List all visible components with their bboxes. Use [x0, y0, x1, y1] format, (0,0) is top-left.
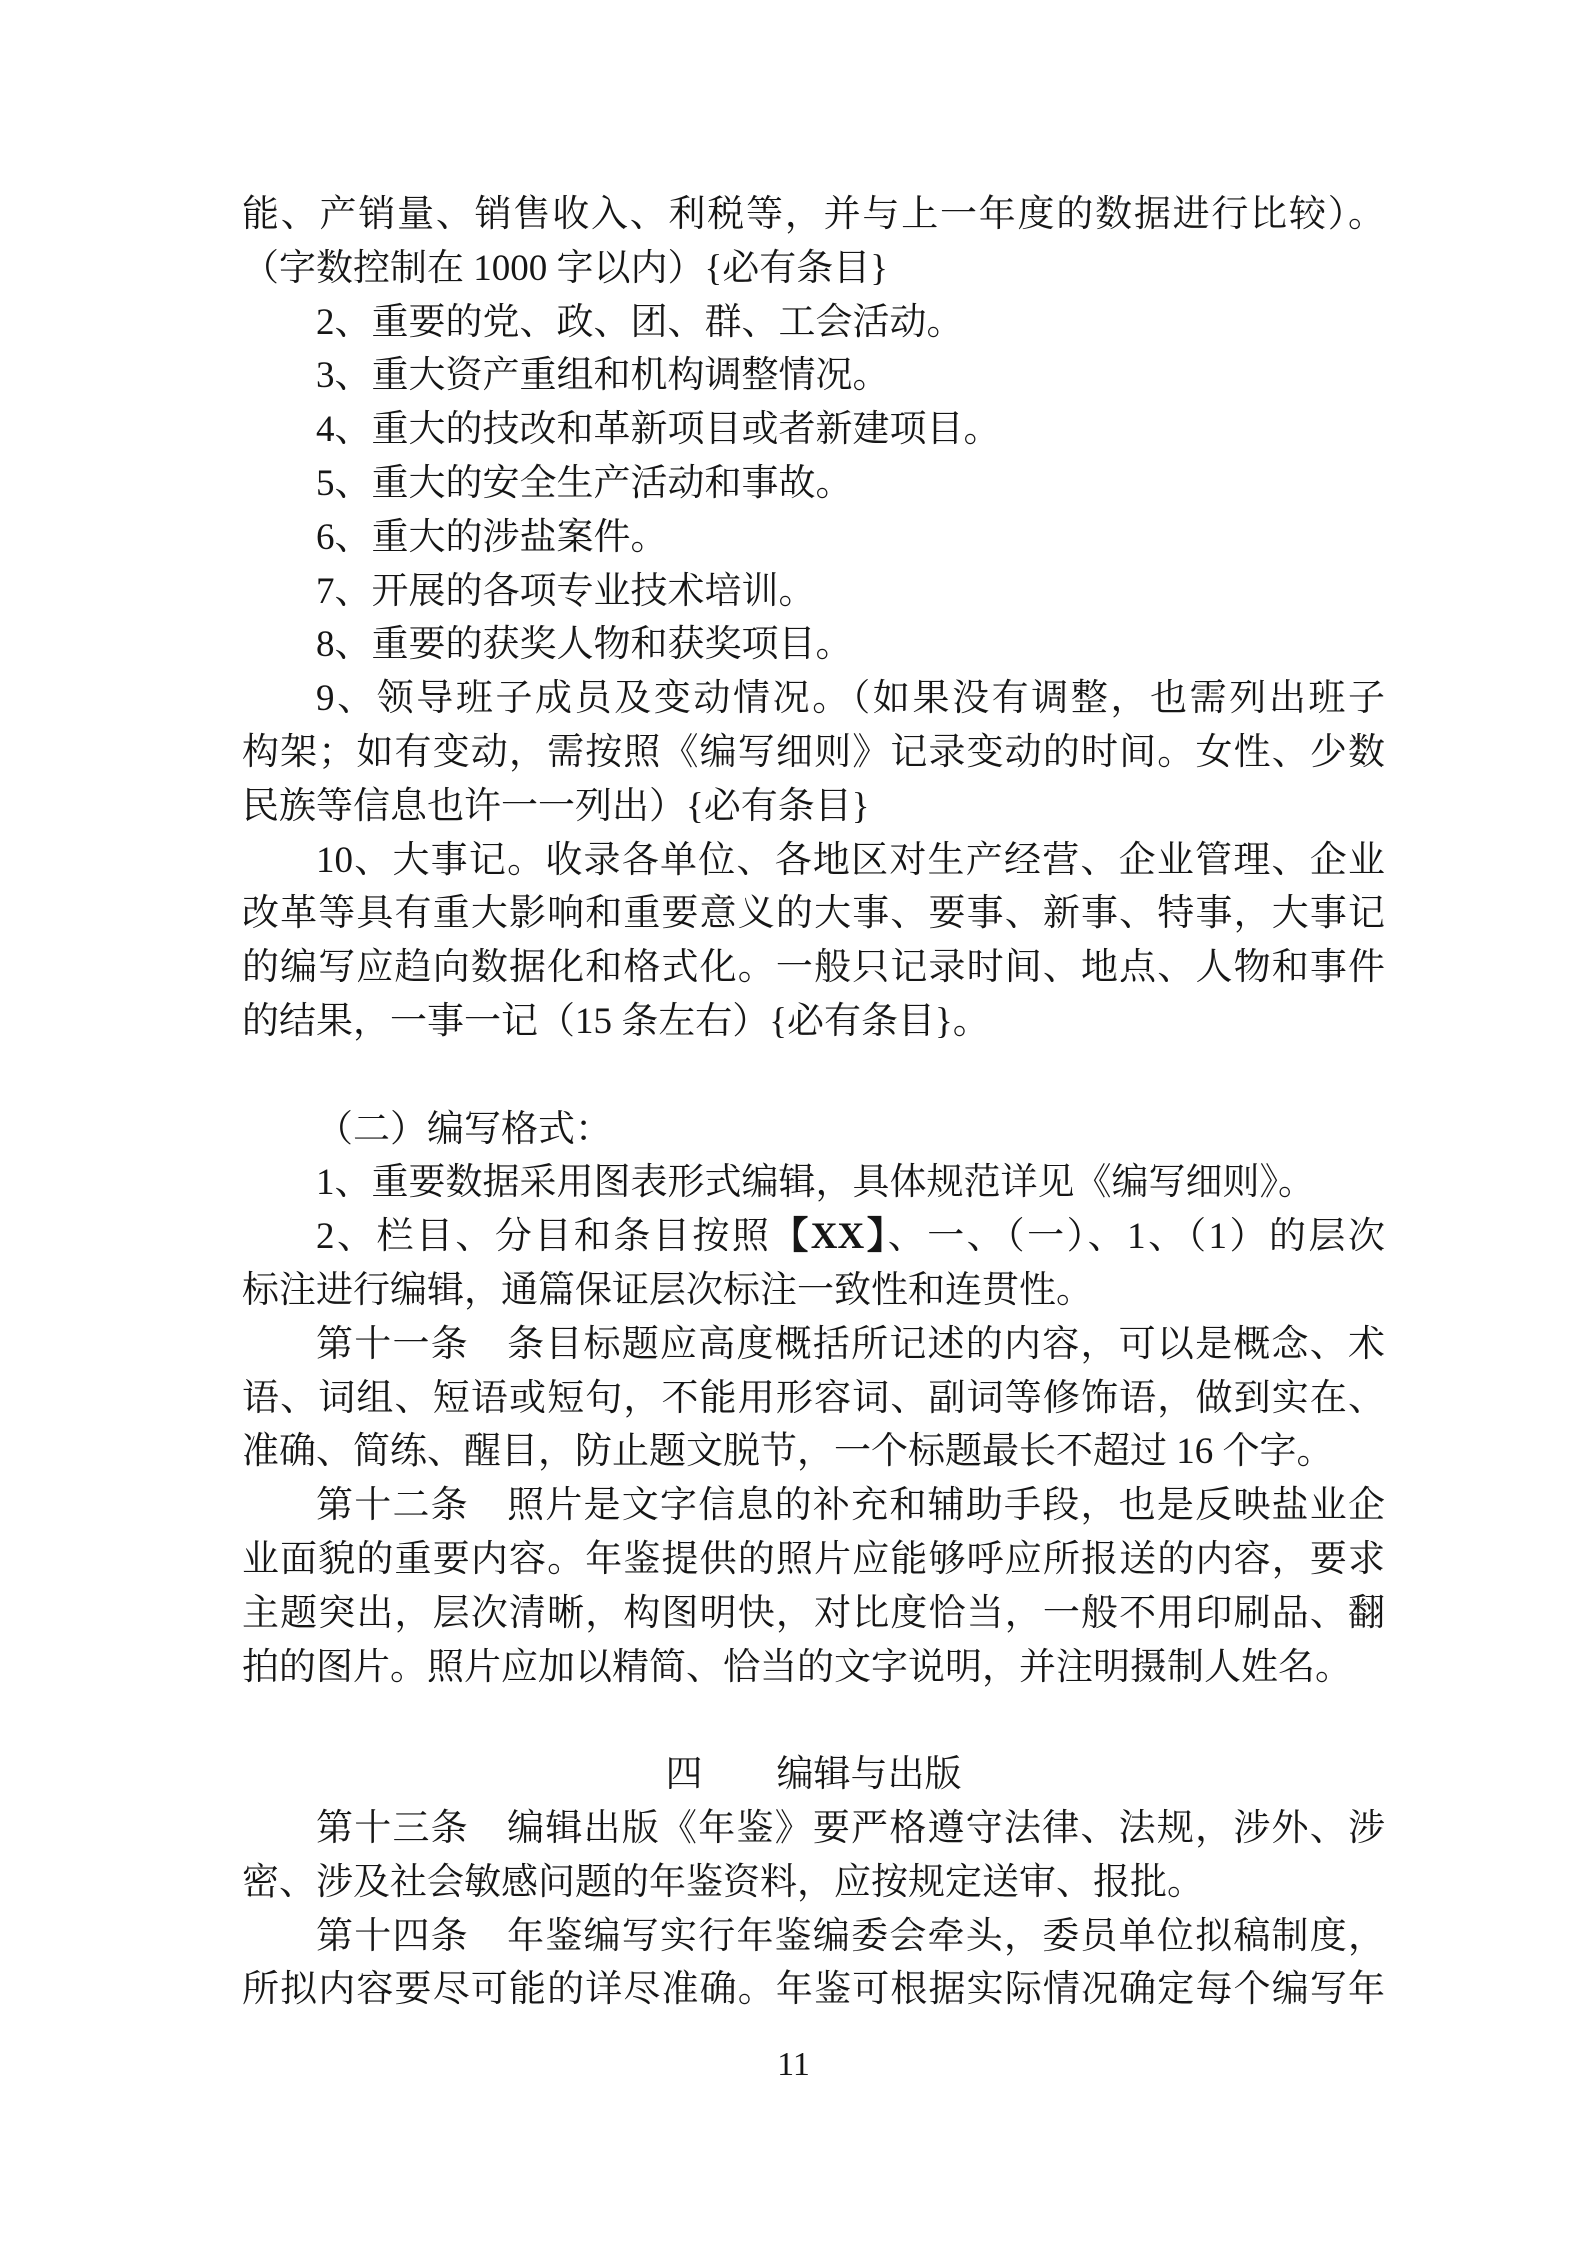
text-line: 6、重大的涉盐案件。 [242, 511, 1385, 565]
text-segment: 第十四条 年鉴编写实行年鉴编委会牵头，委员单位拟稿制度， [316, 1916, 1385, 1957]
text-segment: 语、词组、短语或短句，不能用形容词、副词等修饰语，做到实在、 [242, 1378, 1385, 1419]
text-line: 拍的图片。照片应加以精简、恰当的文字说明，并注明摄制人姓名。 [242, 1641, 1385, 1695]
text-line: 准确、简练、醒目，防止题文脱节，一个标题最长不超过 16 个字。 [242, 1425, 1385, 1479]
text-line: 1、重要数据采用图表形式编辑，具体规范详见《编写细则》。 [242, 1156, 1385, 1210]
text-segment: 的结果，一事一记（15 条左右）{必有条目}。 [242, 1001, 990, 1042]
text-segment: 8、重要的获奖人物和获奖项目。 [316, 624, 853, 665]
text-line: 5、重大的安全生产活动和事故。 [242, 457, 1385, 511]
text-line: 7、开展的各项专业技术培训。 [242, 565, 1385, 619]
text-line: （二）编写格式： [242, 1103, 1385, 1157]
page-number: 11 [0, 2040, 1587, 2090]
text-line: 密、涉及社会敏感问题的年鉴资料，应按规定送审、报批。 [242, 1856, 1385, 1910]
text-line: 第十四条 年鉴编写实行年鉴编委会牵头，委员单位拟稿制度， [242, 1910, 1385, 1964]
text-line: 第十二条 照片是文字信息的补充和辅助手段，也是反映盐业企 [242, 1479, 1385, 1533]
text-line: 第十一条 条目标题应高度概括所记述的内容，可以是概念、术 [242, 1318, 1385, 1372]
text-line: 能、产销量、销售收入、利税等，并与上一年度的数据进行比较）。 [242, 188, 1385, 242]
text-segment: 7、开展的各项专业技术培训。 [316, 571, 816, 612]
text-line: 4、重大的技改和革新项目或者新建项目。 [242, 403, 1385, 457]
text-segment: 主题突出，层次清晰，构图明快，对比度恰当，一般不用印刷品、翻 [242, 1593, 1385, 1634]
text-segment: 、一、（一）、1、（1）的层次 [888, 1216, 1385, 1257]
text-line: 标注进行编辑，通篇保证层次标注一致性和连贯性。 [242, 1264, 1385, 1318]
text-line: 3、重大资产重组和机构调整情况。 [242, 349, 1385, 403]
text-segment: 的编写应趋向数据化和格式化。一般只记录时间、地点、人物和事件 [242, 947, 1385, 988]
text-segment: 准确、简练、醒目，防止题文脱节，一个标题最长不超过 16 个字。 [242, 1431, 1334, 1472]
document-page: 能、产销量、销售收入、利税等，并与上一年度的数据进行比较）。（字数控制在 100… [0, 0, 1587, 2245]
text-segment: 10、大事记。收录各单位、各地区对生产经营、企业管理、企业 [316, 840, 1385, 881]
text-segment: 5、重大的安全生产活动和事故。 [316, 463, 853, 504]
text-segment: 1、重要数据采用图表形式编辑，具体规范详见《编写细则》。 [316, 1162, 1315, 1203]
text-segment: 所拟内容要尽可能的详尽准确。年鉴可根据实际情况确定每个编写年 [242, 1969, 1385, 2010]
text-line: 2、重要的党、政、团、群、工会活动。 [242, 296, 1385, 350]
text-line: 构架；如有变动，需按照《编写细则》记录变动的时间。女性、少数 [242, 726, 1385, 780]
text-line: 所拟内容要尽可能的详尽准确。年鉴可根据实际情况确定每个编写年 [242, 1963, 1385, 2017]
text-segment: 4、重大的技改和革新项目或者新建项目。 [316, 409, 1001, 450]
text-line: 主题突出，层次清晰，构图明快，对比度恰当，一般不用印刷品、翻 [242, 1587, 1385, 1641]
text-segment: 6、重大的涉盐案件。 [316, 517, 668, 558]
text-segment: 业面貌的重要内容。年鉴提供的照片应能够呼应所报送的内容，要求 [242, 1539, 1385, 1580]
text-line: 8、重要的获奖人物和获奖项目。 [242, 618, 1385, 672]
text-segment: 标注进行编辑，通篇保证层次标注一致性和连贯性。 [242, 1270, 1093, 1311]
text-segment: 四 编辑与出版 [666, 1754, 962, 1795]
text-line: 2、栏目、分目和条目按照【XX】、一、（一）、1、（1）的层次 [242, 1210, 1385, 1264]
text-line: 的编写应趋向数据化和格式化。一般只记录时间、地点、人物和事件 [242, 941, 1385, 995]
text-line: 10、大事记。收录各单位、各地区对生产经营、企业管理、企业 [242, 834, 1385, 888]
text-segment: 第十三条 编辑出版《年鉴》要严格遵守法律、法规，涉外、涉 [316, 1808, 1385, 1849]
text-segment: 3、重大资产重组和机构调整情况。 [316, 355, 890, 396]
text-segment: （二）编写格式： [316, 1109, 612, 1150]
text-segment: 构架；如有变动，需按照《编写细则》记录变动的时间。女性、少数 [242, 732, 1385, 773]
text-segment: 2、栏目、分目和条目按照 [316, 1216, 771, 1257]
document-body: 能、产销量、销售收入、利税等，并与上一年度的数据进行比较）。（字数控制在 100… [242, 188, 1385, 2017]
section-heading: 四 编辑与出版 [242, 1748, 1385, 1802]
text-segment: 能、产销量、销售收入、利税等，并与上一年度的数据进行比较）。 [242, 194, 1385, 235]
text-segment: 第十二条 照片是文字信息的补充和辅助手段，也是反映盐业企 [316, 1485, 1385, 1526]
text-segment: 民族等信息也许一一列出）{必有条目} [242, 786, 870, 827]
text-line: 民族等信息也许一一列出）{必有条目} [242, 780, 1385, 834]
bold-text-segment: 【XX】 [771, 1216, 887, 1257]
blank-line [242, 1049, 1385, 1103]
text-segment: （字数控制在 1000 字以内）{必有条目} [242, 248, 888, 289]
text-line: 语、词组、短语或短句，不能用形容词、副词等修饰语，做到实在、 [242, 1372, 1385, 1426]
text-segment: 改革等具有重大影响和重要意义的大事、要事、新事、特事，大事记 [242, 893, 1385, 934]
text-segment: 第十一条 条目标题应高度概括所记述的内容，可以是概念、术 [316, 1324, 1385, 1365]
text-line: 第十三条 编辑出版《年鉴》要严格遵守法律、法规，涉外、涉 [242, 1802, 1385, 1856]
text-line: 业面貌的重要内容。年鉴提供的照片应能够呼应所报送的内容，要求 [242, 1533, 1385, 1587]
text-segment: 拍的图片。照片应加以精简、恰当的文字说明，并注明摄制人姓名。 [242, 1647, 1352, 1688]
text-line: 改革等具有重大影响和重要意义的大事、要事、新事、特事，大事记 [242, 887, 1385, 941]
text-line: （字数控制在 1000 字以内）{必有条目} [242, 242, 1385, 296]
blank-line [242, 1694, 1385, 1748]
text-segment: 2、重要的党、政、团、群、工会活动。 [316, 302, 964, 343]
text-segment: 9、领导班子成员及变动情况。（如果没有调整，也需列出班子 [316, 678, 1385, 719]
text-line: 9、领导班子成员及变动情况。（如果没有调整，也需列出班子 [242, 672, 1385, 726]
text-segment: 密、涉及社会敏感问题的年鉴资料，应按规定送审、报批。 [242, 1862, 1204, 1903]
text-line: 的结果，一事一记（15 条左右）{必有条目}。 [242, 995, 1385, 1049]
